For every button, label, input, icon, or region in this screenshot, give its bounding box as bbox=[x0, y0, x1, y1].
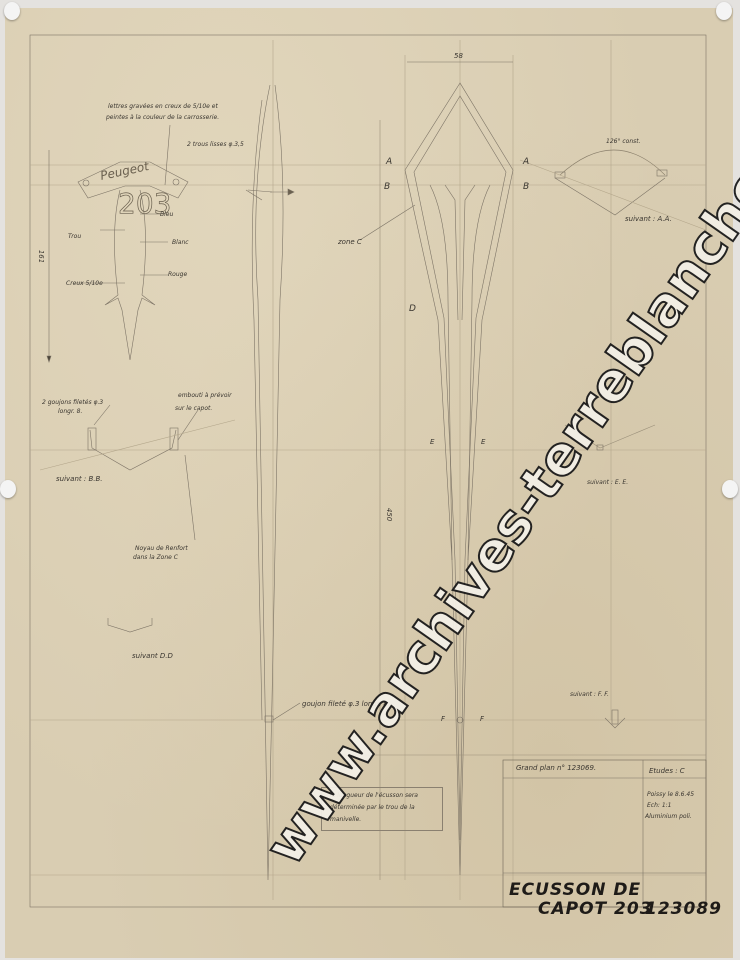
marker-a-right: A bbox=[523, 158, 529, 167]
marker-b-right: B bbox=[523, 183, 529, 192]
marker-f-left: F bbox=[441, 715, 445, 724]
bb-note-line1: 2 goujons filetés φ.3 bbox=[42, 398, 103, 407]
label-bleu: Bleu bbox=[160, 210, 173, 219]
section-dd-label: suivant D.D bbox=[132, 652, 173, 661]
label-blanc: Blanc bbox=[172, 238, 189, 247]
scale-label: Ech: 1:1 bbox=[647, 801, 671, 810]
badge-height-dimension: 161 bbox=[36, 250, 45, 263]
embouti-line2: sur le capot. bbox=[175, 404, 212, 413]
drawing-number: 123089 bbox=[645, 899, 722, 919]
noyau-line1: Noyau de Renfort bbox=[135, 544, 188, 553]
label-trou: Trou bbox=[68, 232, 81, 241]
marker-d: D bbox=[409, 305, 416, 314]
marker-b-left: B bbox=[384, 183, 390, 192]
section-bb-label: suivant : B.B. bbox=[56, 475, 103, 484]
place-date: Poissy le 8.6.45 bbox=[647, 790, 694, 799]
etudes-label: Etudes : C bbox=[649, 767, 685, 776]
holes-note: 2 trous lisses φ.3,5 bbox=[187, 140, 244, 149]
section-ee-label: suivant : E. E. bbox=[587, 478, 628, 487]
label-creux: Creux 5/10e bbox=[66, 279, 103, 288]
noyau-line2: dans la Zone C bbox=[133, 553, 178, 562]
marker-e-left: E bbox=[430, 438, 434, 447]
label-rouge: Rouge bbox=[168, 270, 187, 279]
model-digits: 203 bbox=[118, 188, 138, 220]
marker-f-right: F bbox=[480, 715, 484, 724]
letters-note-line2: peintes à la couleur de la carrosserie. bbox=[106, 113, 219, 122]
width-dimension: 58 bbox=[454, 52, 463, 61]
marker-e-right: E bbox=[481, 438, 485, 447]
grand-plan-number: Grand plan n° 123069. bbox=[516, 764, 596, 773]
marker-a-left: A bbox=[386, 158, 392, 167]
zone-c-label: zone C bbox=[338, 238, 362, 247]
section-aa-label: suivant : A.A. bbox=[625, 215, 672, 224]
bb-note-line2: longr. 8. bbox=[58, 407, 82, 416]
material-label: Aluminium poli. bbox=[645, 812, 692, 821]
embouti-line1: embouti à prévoir bbox=[178, 391, 232, 400]
aa-angle: 126° const. bbox=[606, 137, 641, 146]
drawing-title-line2: CAPOT 203 bbox=[538, 899, 653, 919]
letters-note-line1: lettres gravées en creux de 5/10e et bbox=[108, 102, 218, 111]
drawing-title-line1: ECUSSON DE bbox=[509, 880, 641, 900]
overall-height-dimension: 450 bbox=[384, 508, 393, 521]
section-ff-label: suivant : F. F. bbox=[570, 690, 609, 699]
